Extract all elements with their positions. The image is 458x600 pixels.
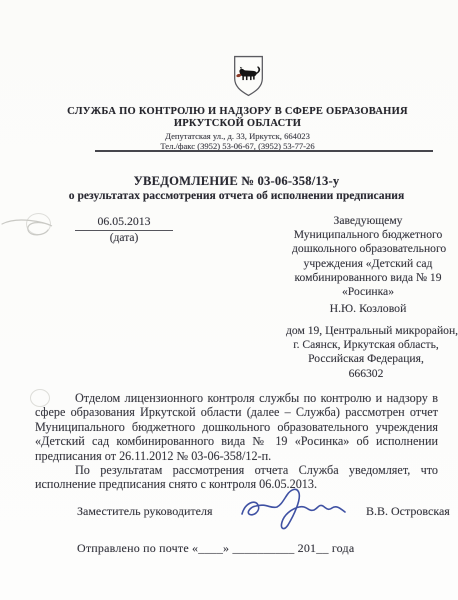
coat-of-arms-emblem <box>231 54 266 98</box>
signer-position-title: Заместитель руководителя <box>77 504 213 519</box>
postal-address-line: г. Саянск, Иркутская область, <box>286 338 446 352</box>
signer-name: В.В. Островская <box>366 504 450 519</box>
date-block: 06.05.2013 (дата) <box>58 212 190 244</box>
document-subtitle: о результатах рассмотрения отчета об исп… <box>14 189 458 202</box>
body-paragraph-1: Отделом лицензионного контроля службы по… <box>35 391 438 463</box>
org-name-line2: ИРКУТСКОЙ ОБЛАСТИ <box>20 118 455 129</box>
header-divider <box>95 150 433 152</box>
addressee-line: дошкольного образовательного <box>292 242 444 256</box>
addressee-line: Заведующему <box>292 214 444 228</box>
body-text: Отделом лицензионного контроля службы по… <box>35 391 438 492</box>
addressee-block: Заведующему Муниципального бюджетного до… <box>292 214 444 299</box>
addressee-line: учреждения «Детский сад <box>292 257 444 271</box>
postal-address-block: дом 19, Центральный микрорайон, г. Саянс… <box>286 324 446 381</box>
postal-address-line: 666302 <box>286 367 446 381</box>
handwritten-signature <box>236 484 354 534</box>
sent-by-mail-line: Отправлено по почте «____» __________ 20… <box>77 541 354 556</box>
addressee-line: Муниципального бюджетного <box>292 228 444 242</box>
date-value: 06.05.2013 <box>75 214 172 231</box>
org-address: Депутатская ул., д. 33, Иркутск, 664023 <box>20 131 455 141</box>
document-title: УВЕДОМЛЕНИЕ № 03-06-358/13-у <box>14 174 458 189</box>
postal-address-line: дом 19, Центральный микрорайон, <box>286 324 446 338</box>
addressee-name: Н.Ю. Козловой <box>292 301 444 316</box>
addressee-line: «Росинка» <box>292 285 444 299</box>
org-name-line1: СЛУЖБА ПО КОНТРОЛЮ И НАДЗОРУ В СФЕРЕ ОБР… <box>20 106 455 117</box>
document-page: СЛУЖБА ПО КОНТРОЛЮ И НАДЗОРУ В СФЕРЕ ОБР… <box>0 0 458 600</box>
addressee-line: комбинированного вида № 19 <box>292 271 444 285</box>
date-caption: (дата) <box>58 232 190 244</box>
postal-address-line: Российская Федерация, <box>286 352 446 366</box>
